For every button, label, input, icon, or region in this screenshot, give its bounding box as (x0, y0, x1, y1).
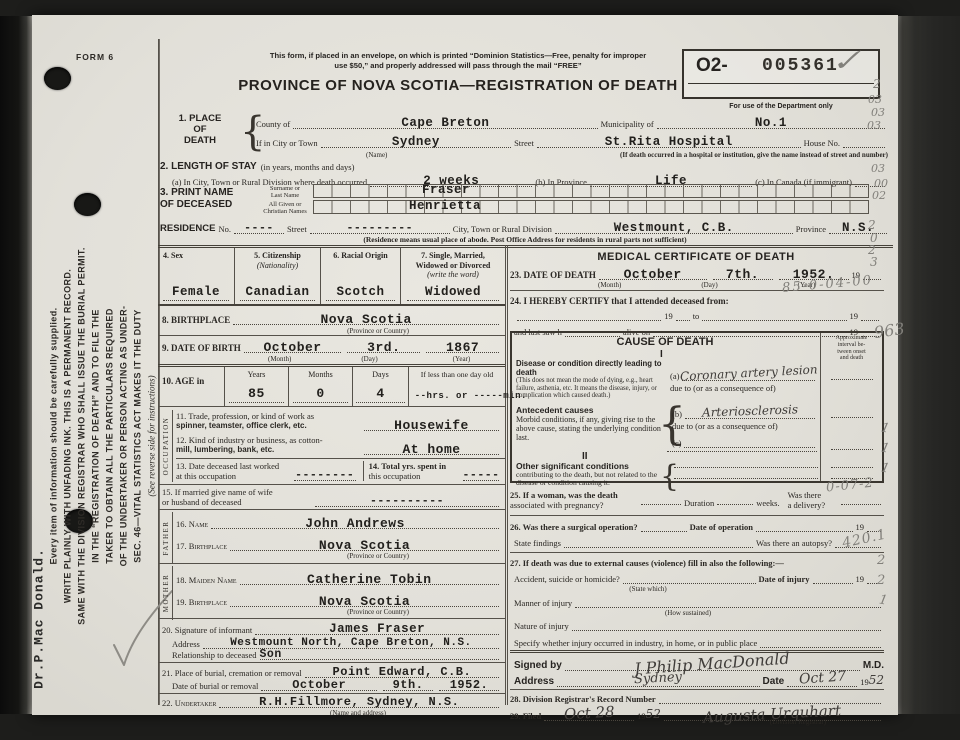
age-years-value: 85 (248, 386, 265, 401)
filed-19: 19 (637, 711, 646, 721)
age-days-sub: Days (353, 367, 408, 380)
residence-city-label: City, Town or Rural Division (453, 224, 552, 234)
filed-year-value: 52 (646, 707, 661, 721)
other-brace: { (660, 459, 679, 494)
citizenship-label: 5. Citizenship (235, 251, 320, 261)
occupation-strip-label: OCCUPATION (160, 410, 173, 482)
age-years-sub: Years (225, 367, 288, 380)
hole-punch-icon (44, 67, 71, 90)
registration-number-box: O2- 005361 ✓ (682, 49, 880, 99)
row-rule (158, 662, 505, 663)
other-line1 (674, 467, 818, 468)
county-value: Cape Breton (401, 118, 489, 129)
marital-label3: (write the word) (401, 270, 505, 280)
cause-b-value: Arteriosclerosis (702, 402, 798, 419)
burial-label: 21. Place of burial, cremation or remova… (162, 668, 302, 678)
citizenship-value: Canadian (245, 285, 309, 299)
row-rule (510, 689, 884, 690)
father-name-label: 16. Name (176, 519, 208, 529)
personal-cells-row: 4. Sex Female 5. Citizenship (Nationalit… (158, 248, 505, 306)
record-number-label: 28. Division Registrar's Record Number (510, 694, 656, 704)
given-name-value: Henrietta (409, 201, 481, 212)
undertaker-sub: (Name and address) (330, 709, 386, 717)
preg-label2: associated with pregnancy? (510, 500, 638, 510)
mother-strip-label: MOTHER (160, 566, 173, 620)
father-birthplace-value: Nova Scotia (319, 540, 410, 551)
mother-name-value: Catherine Tobin (307, 574, 432, 585)
informant-rel-label: Relationship to deceased (172, 650, 257, 660)
antecedent-label: Antecedent causes (516, 405, 668, 415)
form-title: PROVINCE OF NOVA SCOTIA—REGISTRATION OF … (158, 77, 758, 94)
dob-year: 1867 (446, 342, 479, 353)
racial-origin-label: 6. Racial Origin (333, 251, 387, 260)
external-label: 27. If death was due to external causes … (510, 558, 784, 568)
pencil-note: 03 (871, 106, 885, 119)
margin-line: IN THE “REGISTRATION OF DEATH” AND TO FI… (89, 184, 103, 689)
interval-column: Approximate interval be- tween onset and… (820, 333, 882, 481)
municipality-label: Municipality of (601, 119, 654, 129)
cause-b-label: (b) (672, 409, 682, 419)
cause-a-dueto: due to (or as a consequence of) (670, 383, 776, 393)
row-rule (510, 515, 884, 516)
spouse-label1: 15. If married give name of wife (162, 487, 312, 497)
filed-date-value: Oct 28 (563, 703, 614, 724)
trade-label1: 11. Trade, profession, or kind of work a… (176, 411, 361, 421)
given-sub2: Christian Names (258, 208, 312, 215)
print-name-line2: OF DECEASED (160, 199, 258, 211)
street-label: Street (514, 138, 534, 148)
cause-of-death-box: CAUSE OF DEATH I Disease or condition di… (510, 331, 884, 483)
given-name-grid: Henrietta (313, 200, 869, 214)
row-rule (158, 484, 505, 485)
cause-c-label: (c) (672, 438, 681, 448)
registrar-sub: (Division Registrar) (770, 718, 826, 726)
physician-address-label: Address (514, 676, 554, 687)
cause-a-value: Coronary artery lesion (680, 362, 818, 383)
antecedent-note: Morbid conditions, if any, giving rise t… (516, 415, 668, 442)
mother-name-label: 18. Maiden Name (176, 575, 237, 585)
father-name-value: John Andrews (305, 518, 405, 529)
residence-label: RESIDENCE (160, 223, 215, 234)
certify-to: to (693, 311, 700, 321)
father-birthplace-sub: (Province or Country) (347, 552, 409, 560)
dob-day: 3rd. (367, 342, 400, 353)
interval-label2: interval be- (821, 342, 882, 349)
birthplace-label: 8. BIRTHPLACE (162, 315, 230, 325)
informant-label: 20. Signature of informant (162, 625, 252, 635)
dod-month: October (624, 269, 682, 280)
pencil-checkmark-icon: ✓ (826, 44, 865, 78)
pencil-note: 03 (868, 93, 882, 106)
mother-birthplace-value: Nova Scotia (319, 596, 410, 607)
surname-sub2: Last Name (258, 192, 312, 199)
sex-label: 4. Sex (163, 251, 183, 260)
preg-label1: 25. If a woman, was the death (510, 490, 638, 500)
date-label: Date (763, 676, 785, 687)
father-strip-label: FATHER (160, 512, 173, 564)
residence-prov-label: Province (796, 224, 826, 234)
spouse-label2: or husband of deceased (162, 497, 312, 507)
name-sub-label: (Name) (366, 151, 387, 159)
pencil-note: 3 (870, 255, 878, 269)
md-label: M.D. (863, 660, 884, 671)
place-label-line1: 1. PLACE (160, 113, 240, 124)
hospital-note: (If death occurred in a hospital or inst… (620, 151, 888, 159)
dob-month: October (263, 342, 321, 353)
place-label-line2: OF (160, 124, 240, 135)
surname-value: Fraser (422, 185, 470, 196)
manner-label: Manner of injury (514, 598, 572, 608)
duration-label: Duration (684, 498, 714, 508)
pencil-note: 2 (877, 553, 885, 568)
opdate-label: Date of operation (690, 522, 753, 532)
row-rule (510, 650, 884, 653)
totalyrs-label1: 14. Total yrs. spent in (369, 461, 460, 471)
column-divider (505, 245, 508, 705)
age-label: 10. AGE in (162, 376, 204, 386)
other-line2 (674, 478, 818, 479)
dod-day-sub: (Day) (701, 281, 717, 289)
residence-street-value: --------- (346, 223, 413, 234)
delivery-label2: a delivery? (788, 500, 838, 510)
margin-line: WRITE PLAINLY WITH UNFADING INK. THIS IS… (61, 184, 75, 689)
length-of-stay-sublabel: (in years, months and days) (261, 162, 355, 172)
lessday-label: If less than one day old (409, 367, 505, 380)
dod-month-sub: (Month) (598, 281, 621, 289)
microfilm-left-edge (0, 0, 34, 740)
marital-label2: Widowed or Divorced (401, 261, 505, 271)
margin-line: SAME WITH THE DIVISION REGISTRAR WHO SHA… (75, 184, 89, 689)
form-number-tag: FORM 6 (76, 52, 114, 62)
pencil-note: 2 (877, 573, 885, 588)
dob-year-sub: (Year) (453, 355, 471, 363)
interval-label1: Approximate (821, 335, 882, 342)
row-rule (158, 335, 505, 336)
industry-label1: 12. Kind of industry or business, as cot… (176, 435, 361, 445)
print-name-line1: 3. PRINT NAME (160, 187, 258, 199)
residence-no-value: ---- (244, 223, 274, 234)
father-birthplace-label: 17. Birthplace (176, 541, 227, 551)
microfilm-top-edge (0, 0, 960, 16)
row-rule (158, 693, 505, 694)
disease-note: (This does not mean the mode of dying, e… (516, 377, 668, 400)
medical-certificate-title: MEDICAL CERTIFICATE OF DEATH (510, 251, 882, 263)
mailing-notice-line2: use $50,” and properly addressed will pa… (218, 61, 698, 71)
lastworked-value: -------- (295, 470, 354, 481)
residence-no-label: No. (218, 224, 231, 234)
trade-value: Housewife (394, 420, 469, 431)
print-name-label: 3. PRINT NAME OF DECEASED (160, 187, 258, 211)
weeks-label: weeks. (756, 498, 779, 508)
registration-box-rule (688, 83, 874, 84)
dob-month-sub: (Month) (268, 355, 291, 363)
burial-place-value: Point Edward, C.B. (333, 667, 472, 678)
interval-label3: tween onset (821, 349, 882, 356)
industry-value: At home (402, 444, 460, 455)
informant-name-value: James Fraser (329, 624, 425, 635)
burial-date-label: Date of burial or removal (172, 681, 258, 691)
physician-address-value: Sydney (634, 670, 683, 687)
lastworked-label2: at this occupation (176, 471, 291, 481)
dod-label: 23. DATE OF DEATH (510, 270, 596, 280)
doctor-name-vertical: Dr.P.Mac Donald. (32, 524, 47, 714)
signed-year-value: 52 (869, 673, 884, 687)
place-of-death-label: 1. PLACE OF DEATH (160, 113, 240, 146)
house-no-label: House No. (804, 138, 840, 148)
residence-city-value: Westmount, C.B. (614, 223, 734, 234)
municipality-value: No.1 (755, 118, 787, 129)
dob-label: 9. DATE OF BIRTH (162, 343, 241, 353)
given-sub1: All Given or (258, 201, 312, 208)
signed-date-value: Oct 27 (798, 668, 846, 687)
findings-label: State findings (514, 538, 561, 548)
certify-19b: 19 (850, 311, 859, 321)
surname-sub-label: Surname or Last Name (258, 185, 312, 199)
undertaker-label: 22. Undertaker (162, 698, 216, 708)
sustained-sub: (How sustained) (665, 609, 711, 617)
lastworked-label1: 13. Date deceased last worked (176, 461, 291, 471)
disease-label: Disease or condition directly leading to… (516, 360, 668, 377)
totalyrs-value: ----- (463, 470, 500, 481)
cause-b-dueto: due to (or as a consequence of) (672, 421, 778, 431)
nature-label: Nature of injury (514, 621, 569, 631)
cause-divider (667, 451, 817, 452)
age-months-value: 0 (316, 386, 324, 401)
residence-street-label: Street (287, 224, 307, 234)
department-use-note: For use of the Department only (682, 103, 880, 110)
marital-label1: 7. Single, Married, (401, 251, 505, 261)
statewhich-sub: (State which) (629, 585, 667, 593)
racial-origin-value: Scotch (336, 285, 384, 299)
mailing-notice-line1: This form, if placed in an envelope, on … (218, 51, 698, 61)
burial-year: 1952. (450, 680, 489, 691)
birthplace-sub: (Province or Country) (347, 327, 409, 335)
signed-19: 19 (860, 677, 869, 687)
specify-label: Specify whether injury occurred in indus… (514, 638, 757, 648)
microfilm-right-edge (896, 0, 960, 740)
filed-label: 29. Filed (510, 711, 541, 721)
street-value: St.Rita Hospital (605, 137, 733, 148)
surname-grid: Fraser (313, 184, 869, 198)
age-months-sub: Months (289, 367, 352, 380)
autopsy-label: Was there an autopsy? (756, 538, 832, 548)
pencil-note: 02 (872, 189, 886, 202)
trade-label2: spinner, teamster, office clerk, etc. (176, 421, 361, 431)
operation-label: 26. Was there a surgical operation? (510, 522, 638, 532)
surname-sub1: Surname or (258, 185, 312, 192)
other-note: contributing to the death, but not relat… (516, 471, 674, 488)
totalyrs-label2: this occupation (369, 471, 460, 481)
burial-month: October (292, 680, 346, 691)
certify-label: 24. I HEREBY CERTIFY that I attended dec… (510, 296, 729, 306)
length-of-stay-label: 2. LENGTH OF STAY (160, 161, 257, 172)
age-row: 10. AGE in Years 85 Months 0 Days 4 If l… (158, 367, 505, 407)
residence-note: (Residence means usual place of abode. P… (160, 235, 890, 244)
age-days-value: 4 (376, 386, 384, 401)
pencil-note: 03 (871, 162, 885, 175)
injurydate-label: Date of injury (759, 574, 810, 584)
row-rule (176, 458, 505, 459)
place-label-line3: DEATH (160, 135, 240, 146)
mother-birthplace-label: 19. Birthplace (176, 597, 227, 607)
pencil-note: 2 (873, 77, 881, 91)
pencil-note: 2 (868, 218, 876, 232)
industry-label2: mill, lumbering, bank, etc. (176, 445, 361, 455)
mother-birthplace-sub: (Province or Country) (347, 608, 409, 616)
death-certificate-page: Every item of information should be care… (32, 15, 898, 715)
registration-series: O2- (696, 55, 728, 77)
row-rule (158, 618, 505, 619)
dod-day: 7th. (726, 269, 759, 280)
spouse-value: ---------- (370, 496, 444, 507)
birthplace-value: Nova Scotia (320, 314, 411, 325)
certify-19a: 19 (664, 311, 673, 321)
citizenship-sub: (Nationality) (235, 261, 320, 271)
cause-a-label: (a) (670, 371, 679, 381)
marital-value: Widowed (425, 285, 481, 299)
burial-day: 9th. (393, 680, 424, 691)
cause-title: CAUSE OF DEATH (512, 336, 818, 348)
sex-value: Female (172, 285, 220, 299)
county-label: County of (256, 119, 290, 129)
dob-day-sub: (Day) (361, 355, 377, 363)
interval-label4: and death (821, 355, 882, 362)
city-town-label: If in City or Town (256, 138, 318, 148)
undertaker-value: R.H.Fillmore, Sydney, N.S. (259, 697, 459, 708)
injury-19: 19 (856, 574, 865, 584)
city-value: Sydney (392, 137, 440, 148)
pencil-note: 03 (867, 119, 881, 132)
row-rule (510, 552, 884, 553)
margin-line: Every item of information should be care… (47, 184, 61, 689)
informant-rel-value: Son (260, 649, 282, 660)
signed-by-label: Signed by (514, 660, 562, 671)
accident-label: Accident, suicide or homicide? (514, 574, 620, 584)
given-sub-label: All Given or Christian Names (258, 201, 312, 215)
